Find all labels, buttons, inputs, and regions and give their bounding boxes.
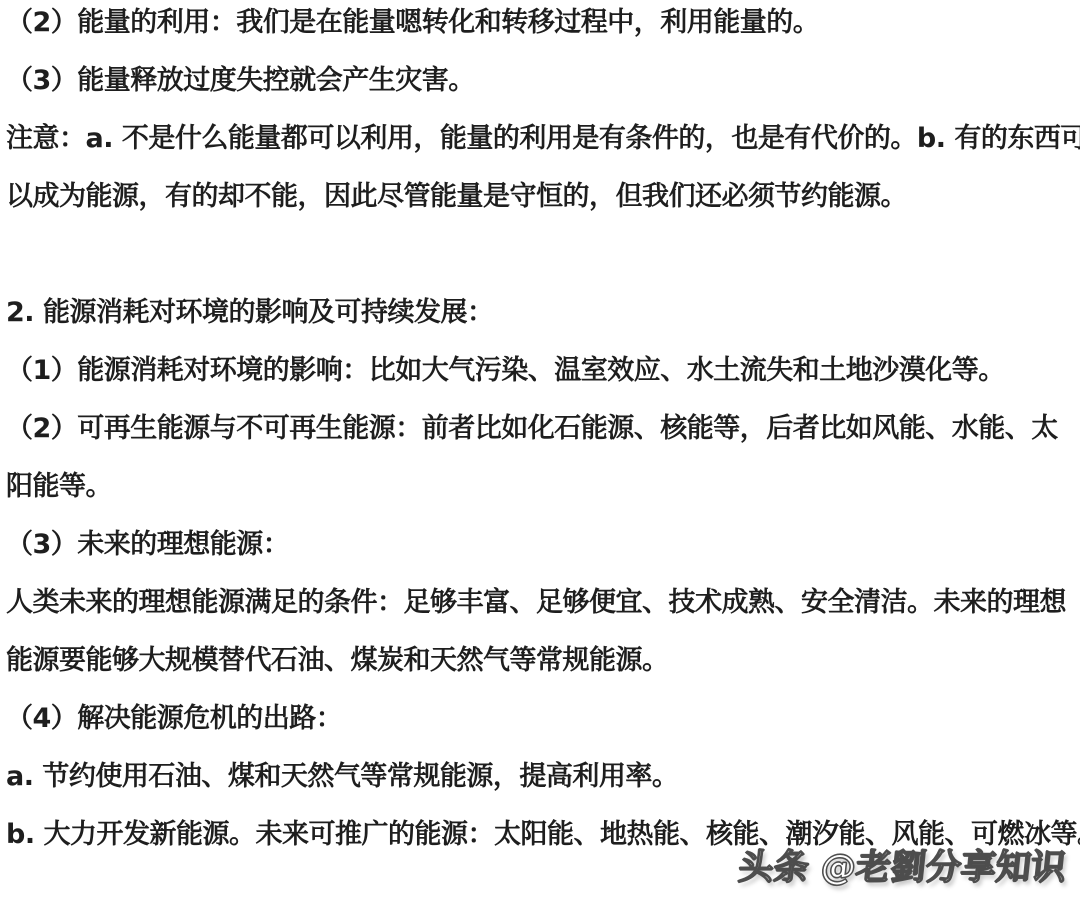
text-line: 注意：a. 不是什么能量都可以利用，能量的利用是有条件的，也是有代价的。b. 有… bbox=[6, 106, 1080, 164]
text-line: 能源要能够大规模替代石油、煤炭和天然气等常规能源。 bbox=[6, 628, 1080, 686]
text-line: 阳能等。 bbox=[6, 454, 1080, 512]
text-line: （1）能源消耗对环境的影响：比如大气污染、温室效应、水土流失和土地沙漠化等。 bbox=[6, 338, 1080, 396]
text-line: （3）未来的理想能源： bbox=[6, 512, 1080, 570]
text-line: 2. 能源消耗对环境的影响及可持续发展： bbox=[6, 280, 1080, 338]
text-line: （2）可再生能源与不可再生能源：前者比如化石能源、核能等，后者比如风能、水能、太 bbox=[6, 396, 1080, 454]
watermark: 头条 @老劉分享知识 bbox=[736, 840, 1068, 890]
text-line: 人类未来的理想能源满足的条件：足够丰富、足够便宜、技术成熟、安全清洁。未来的理想 bbox=[6, 570, 1080, 628]
blank-line bbox=[6, 222, 1080, 280]
text-line: （2）能量的利用：我们是在能量嗯转化和转移过程中，利用能量的。 bbox=[6, 0, 1080, 48]
watermark-text: 头条 @老劉分享知识 bbox=[736, 848, 1067, 888]
text-line: 以成为能源，有的却不能，因此尽管能量是守恒的，但我们还必须节约能源。 bbox=[6, 164, 1080, 222]
document-body: （2）能量的利用：我们是在能量嗯转化和转移过程中，利用能量的。 （3）能量释放过… bbox=[0, 0, 1080, 860]
text-line: （4）解决能源危机的出路： bbox=[6, 686, 1080, 744]
text-line: a. 节约使用石油、煤和天然气等常规能源，提高利用率。 bbox=[6, 744, 1080, 802]
text-line: （3）能量释放过度失控就会产生灾害。 bbox=[6, 48, 1080, 106]
